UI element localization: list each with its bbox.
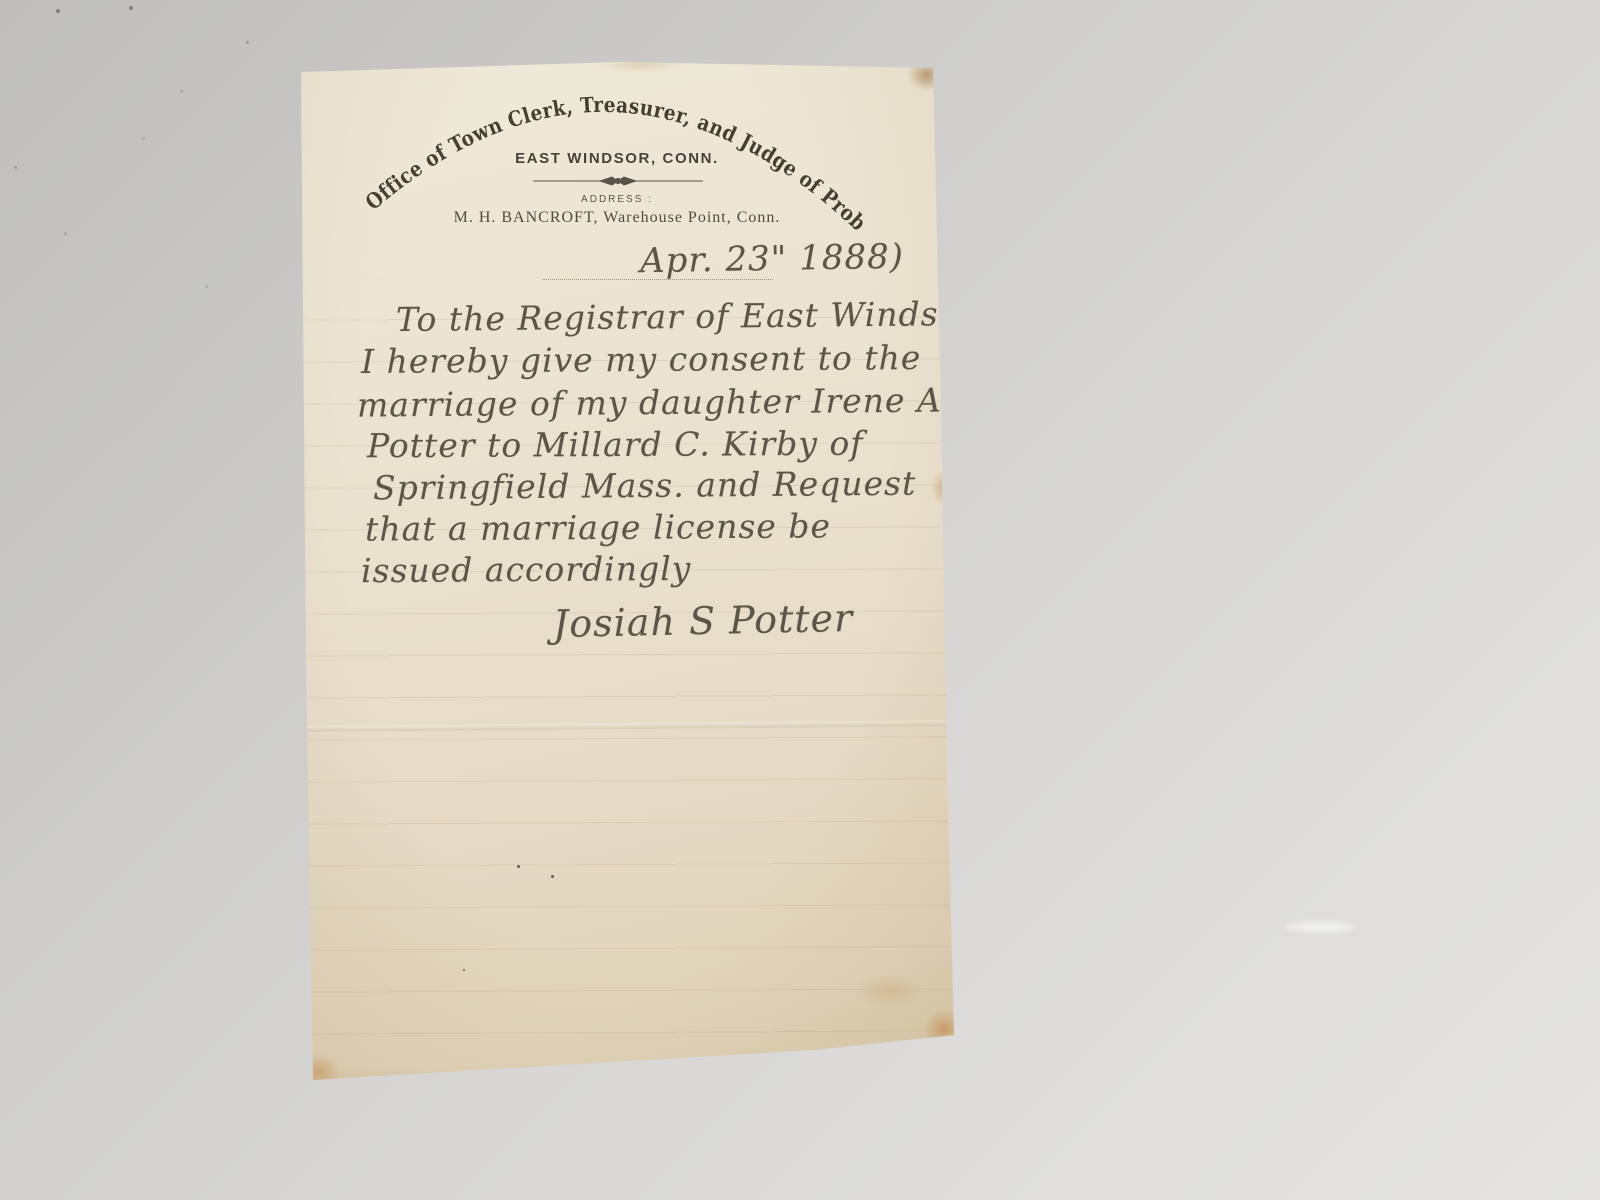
letterhead-town-line: EAST WINDSOR, CONN. [515,150,719,167]
letter-document: Office of Town Clerk, Treasurer, and Jud… [295,59,960,1094]
ink-speck [517,865,520,868]
letterhead-divider-ornament [533,177,703,185]
letterhead-address-line: M. H. BANCROFT, Warehouse Point, Conn. [454,209,781,226]
handwriting-line-2: I hereby give my consent to the [361,338,922,381]
corner-stain-bottom-right [923,1009,965,1049]
dust-speck [180,90,183,93]
handwriting-line-3: marriage of my daughter Irene A. [357,380,954,424]
handwriting-line-7: issued accordingly [361,549,692,590]
dust-speck [205,285,208,288]
handwriting-line-1: To the Registrar of East Windsor [396,294,977,339]
dust-speck [56,9,60,13]
handwriting-line-6: that a marriage license be [365,506,831,548]
edge-stain-right [931,471,953,505]
dust-speck [142,137,145,140]
handwriting-line-4: Potter to Millard C. Kirby of [367,424,864,466]
dust-speck [246,41,249,44]
ink-speck [463,969,465,971]
dust-speck [129,6,133,10]
aged-bottom-edge [295,1068,960,1094]
signature: Josiah S Potter [553,596,854,646]
letterhead-address-label: ADDRESS : [581,194,653,205]
dust-speck [64,232,67,235]
wall-scratch [1285,922,1355,932]
ink-speck [551,875,554,878]
handwriting-line-5: Springfield Mass. and Request [373,464,917,508]
foxing-spot [855,974,925,1008]
dust-speck [14,166,17,169]
handwritten-date: Apr. 23" 1888) [640,237,905,282]
photograph-background: Office of Town Clerk, Treasurer, and Jud… [0,0,1600,1200]
